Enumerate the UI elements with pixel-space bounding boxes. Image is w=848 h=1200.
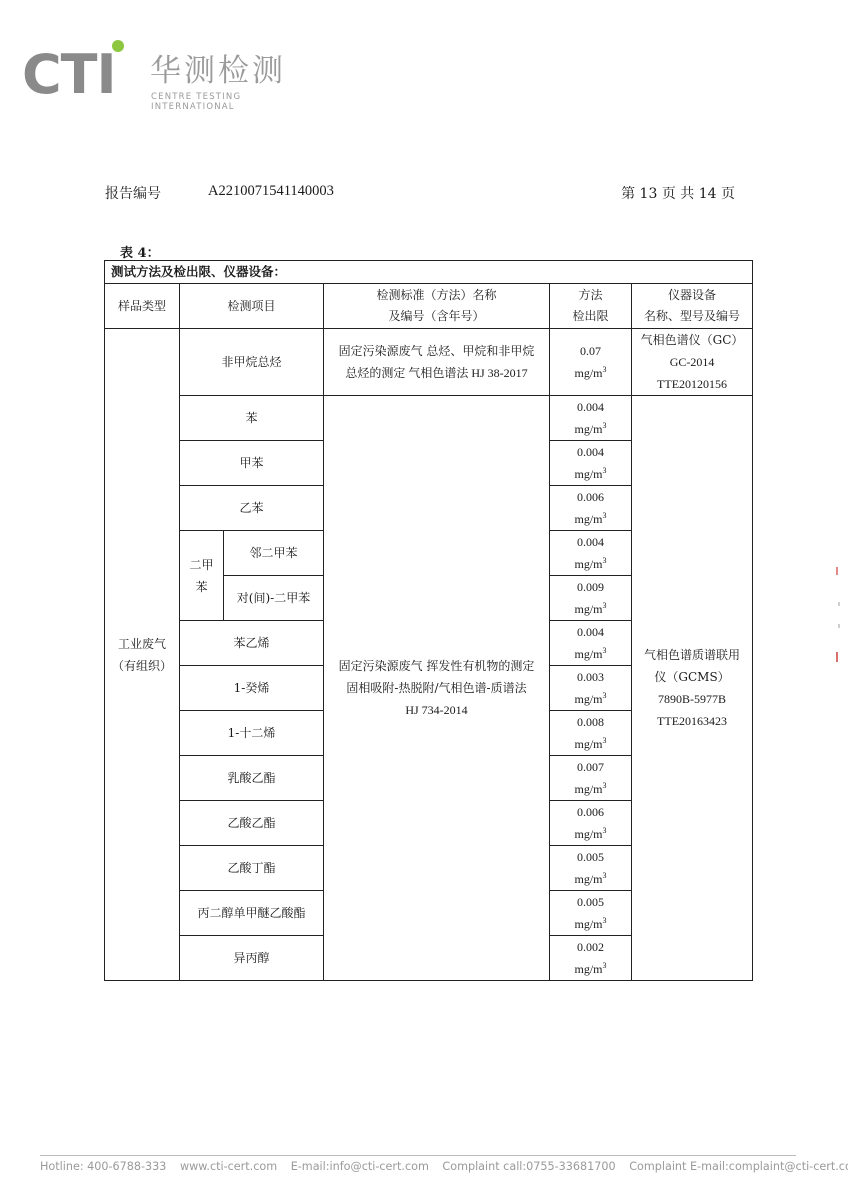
report-number: A2210071541140003 bbox=[208, 183, 334, 200]
limit-cell: 0.008 mg/m3 bbox=[550, 711, 632, 756]
footer-complaint-email: Complaint E-mail:complaint@cti-cert.com bbox=[629, 1160, 848, 1173]
limit-cell: 0.006 mg/m3 bbox=[550, 801, 632, 846]
limit-cell: 0.009 mg/m3 bbox=[550, 576, 632, 621]
page-footer: Hotline: 400-6788-333 www.cti-cert.com E… bbox=[40, 1160, 810, 1173]
footer-email: E-mail:info@cti-cert.com bbox=[291, 1160, 429, 1173]
standard-cell: 固定污染源废气 总烃、甲烷和非甲烷 总烃的测定 气相色谱法 HJ 38-2017 bbox=[324, 329, 550, 396]
page-indicator: 第 13 页 共 14 页 bbox=[621, 183, 735, 203]
header-limit: 方法 检出限 bbox=[550, 284, 632, 329]
table-title: 测试方法及检出限、仪器设备： bbox=[105, 261, 753, 284]
table-row: 苯 固定污染源废气 挥发性有机物的测定 固相吸附-热脱附/气相色谱-质谱法 HJ… bbox=[105, 396, 753, 441]
item-cell: 甲苯 bbox=[180, 441, 324, 486]
report-header: 报告编号 A2210071541140003 第 13 页 共 14 页 bbox=[105, 183, 735, 203]
item-cell: 1-癸烯 bbox=[180, 666, 324, 711]
limit-cell: 0.005 mg/m3 bbox=[550, 846, 632, 891]
instrument-cell: 气相色谱仪（GC） GC-2014 TTE20120156 bbox=[632, 329, 753, 396]
item-cell: 1-十二烯 bbox=[180, 711, 324, 756]
limit-cell: 0.004 mg/m3 bbox=[550, 441, 632, 486]
scan-mark bbox=[838, 624, 840, 628]
sample-type-cell: 工业废气 （有组织） bbox=[105, 329, 180, 981]
limit-cell: 0.006 mg/m3 bbox=[550, 486, 632, 531]
limit-cell: 0.004 mg/m3 bbox=[550, 621, 632, 666]
instrument-cell: 气相色谱质谱联用 仪（GCMS） 7890B-5977B TTE20163423 bbox=[632, 396, 753, 981]
item-cell: 异丙醇 bbox=[180, 936, 324, 981]
logo-chinese-name: 华测检测 bbox=[150, 54, 286, 88]
methods-table: 测试方法及检出限、仪器设备： 样品类型 检测项目 检测标准（方法）名称 及编号（… bbox=[104, 260, 752, 981]
item-cell: 丙二醇单甲醚乙酸酯 bbox=[180, 891, 324, 936]
scan-mark bbox=[838, 602, 840, 606]
header-standard: 检测标准（方法）名称 及编号（含年号） bbox=[324, 284, 550, 329]
item-cell: 乙酸丁酯 bbox=[180, 846, 324, 891]
limit-cell: 0.004 mg/m3 bbox=[550, 396, 632, 441]
footer-complaint-call: Complaint call:0755-33681700 bbox=[442, 1160, 615, 1173]
item-cell: 苯乙烯 bbox=[180, 621, 324, 666]
footer-hotline: Hotline: 400-6788-333 bbox=[40, 1160, 166, 1173]
scan-mark bbox=[836, 652, 838, 662]
limit-cell: 0.007 mg/m3 bbox=[550, 756, 632, 801]
item-cell: 非甲烷总烃 bbox=[180, 329, 324, 396]
report-number-label: 报告编号 bbox=[105, 183, 161, 203]
footer-website: www.cti-cert.com bbox=[180, 1160, 277, 1173]
limit-cell: 0.07 mg/m3 bbox=[550, 329, 632, 396]
limit-cell: 0.002 mg/m3 bbox=[550, 936, 632, 981]
item-cell: 乳酸乙酯 bbox=[180, 756, 324, 801]
header-sample-type: 样品类型 bbox=[105, 284, 180, 329]
scan-mark bbox=[836, 567, 838, 575]
header-instrument: 仪器设备 名称、型号及编号 bbox=[632, 284, 753, 329]
item-cell: 乙酸乙酯 bbox=[180, 801, 324, 846]
table-label: 表 4： bbox=[120, 242, 160, 261]
logo-brand: CTI bbox=[22, 48, 116, 102]
xylene-group-cell: 二甲 苯 bbox=[180, 531, 224, 621]
limit-cell: 0.005 mg/m3 bbox=[550, 891, 632, 936]
limit-cell: 0.003 mg/m3 bbox=[550, 666, 632, 711]
footer-divider bbox=[40, 1155, 796, 1156]
header-item: 检测项目 bbox=[180, 284, 324, 329]
table-header-row: 样品类型 检测项目 检测标准（方法）名称 及编号（含年号） 方法 检出限 仪器设… bbox=[105, 284, 753, 329]
logo-english-name: CENTRE TESTING INTERNATIONAL bbox=[151, 92, 302, 112]
company-logo: CTI 华测检测 CENTRE TESTING INTERNATIONAL bbox=[22, 40, 302, 104]
standard-cell: 固定污染源废气 挥发性有机物的测定 固相吸附-热脱附/气相色谱-质谱法 HJ 7… bbox=[324, 396, 550, 981]
logo-accent-dot-icon bbox=[112, 40, 124, 52]
item-cell: 邻二甲苯 bbox=[224, 531, 324, 576]
item-cell: 乙苯 bbox=[180, 486, 324, 531]
limit-cell: 0.004 mg/m3 bbox=[550, 531, 632, 576]
table-row: 工业废气 （有组织） 非甲烷总烃 固定污染源废气 总烃、甲烷和非甲烷 总烃的测定… bbox=[105, 329, 753, 396]
item-cell: 对(间)-二甲苯 bbox=[224, 576, 324, 621]
item-cell: 苯 bbox=[180, 396, 324, 441]
